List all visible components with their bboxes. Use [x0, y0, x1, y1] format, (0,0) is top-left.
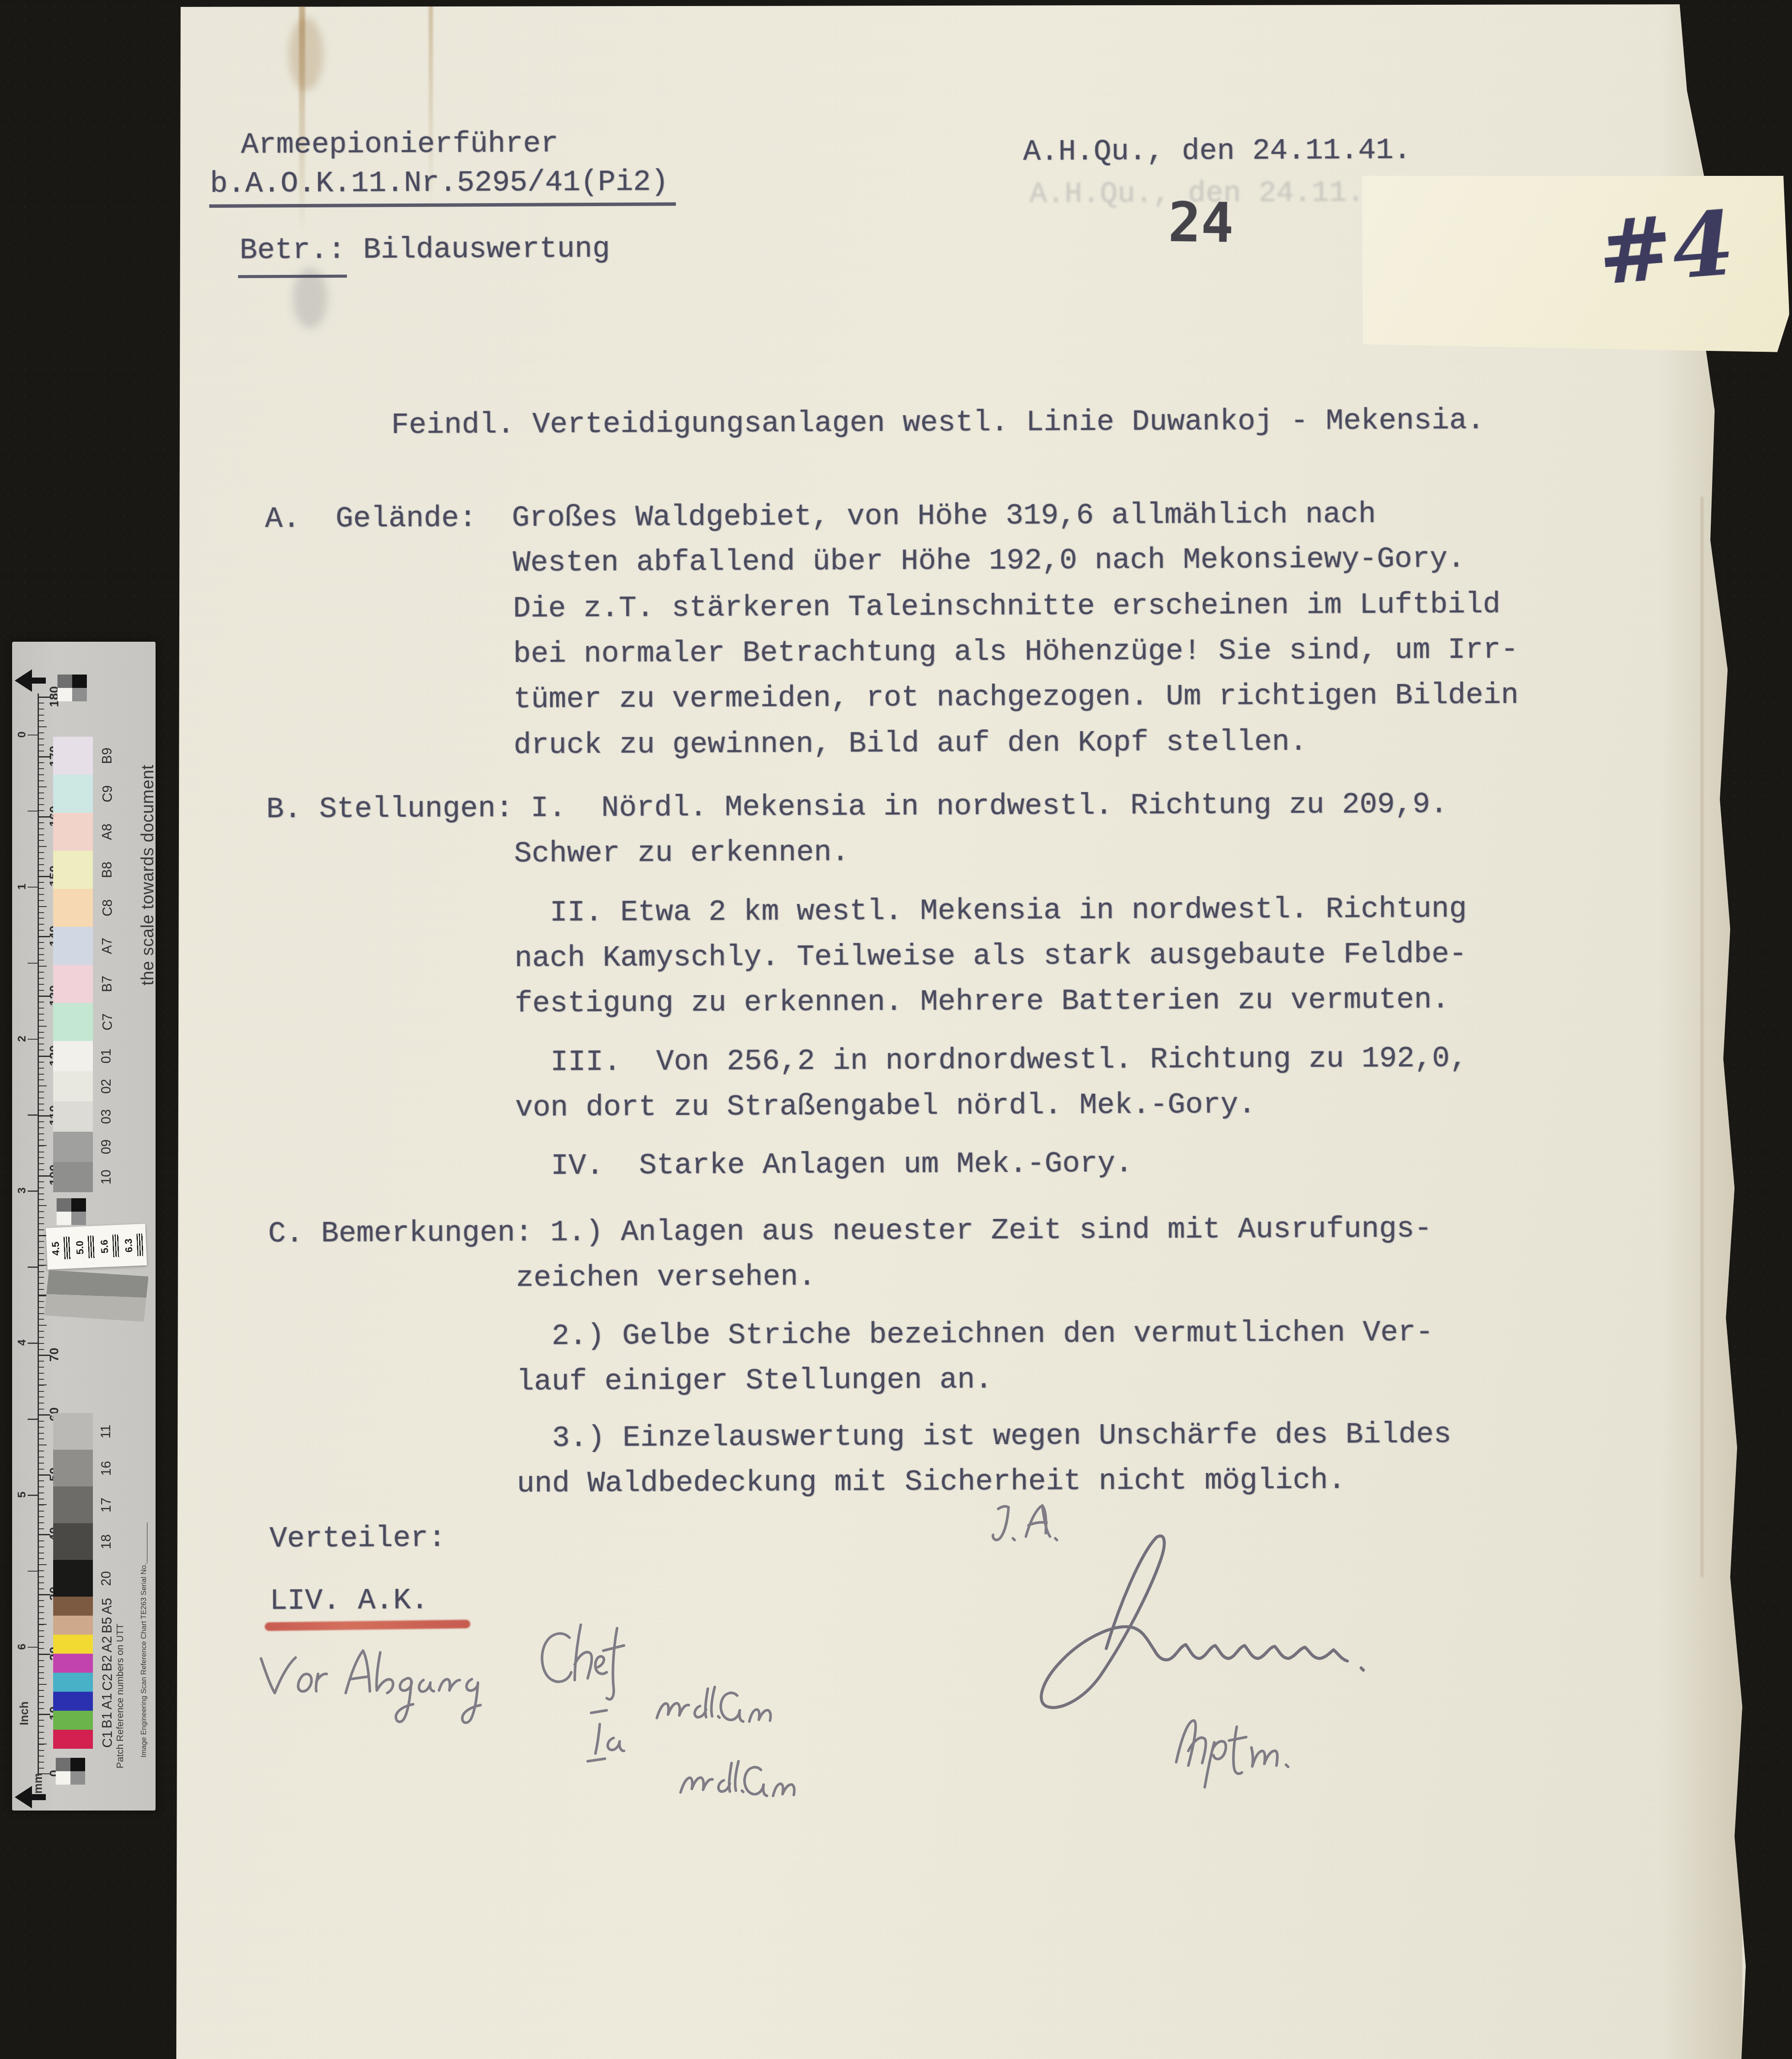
color-patch: B2	[53, 1654, 93, 1673]
strip-caption: the scale towards document	[138, 764, 158, 985]
note-slip: #4	[1360, 172, 1791, 352]
inch-unit-label: Inch	[18, 1701, 31, 1725]
checker-patch	[57, 675, 87, 701]
ruler-inch-label: 0	[15, 732, 29, 738]
patch-label: B8	[99, 862, 115, 878]
handwritten-note-mdl-gm-2	[681, 1761, 794, 1796]
resolution-target: 4.5 5.0 5.6 6.3	[46, 1224, 147, 1270]
ruler-mm-label: 70	[48, 1348, 62, 1362]
color-patch: B9	[53, 737, 93, 775]
gray-wedge	[44, 1270, 149, 1322]
gray-patch: 03	[53, 1101, 93, 1132]
patch-reference-caption: Patch Reference numbers on UTT	[115, 1623, 126, 1768]
patch-label: B1	[99, 1712, 115, 1728]
patch-label: 11	[98, 1424, 114, 1438]
color-patch: C1	[53, 1730, 93, 1749]
gray-patch: 09	[53, 1132, 93, 1162]
scanned-document-page: Armeepionierführer b.A.O.K.11.Nr.5295/41…	[0, 0, 1792, 2059]
gray-patch: 18	[53, 1523, 93, 1560]
color-patch: C9	[53, 775, 93, 813]
slip-annotation: #4	[1595, 199, 1737, 298]
patch-label: A1	[99, 1693, 115, 1709]
gray-patch: 02	[53, 1071, 93, 1101]
color-patch: A2	[53, 1635, 93, 1654]
ruler-inch-label: 4	[15, 1340, 29, 1346]
patch-label: 10	[99, 1170, 114, 1184]
resolution-value: 5.6	[98, 1239, 110, 1254]
calibration-strip: 180 170 160 150 140 130 120 110 100 90 8…	[12, 642, 156, 1811]
resolution-value: 5.0	[74, 1240, 86, 1254]
color-patch: B1	[53, 1711, 93, 1730]
patch-label: B7	[99, 976, 115, 992]
checker-patch	[56, 1758, 85, 1785]
ruler-inch-label: 6	[15, 1644, 29, 1650]
ruler-inch-label: 5	[15, 1492, 29, 1498]
resolution-grating	[137, 1233, 144, 1256]
handwritten-signature	[1041, 1536, 1363, 1708]
gray-patch: 16	[53, 1450, 93, 1486]
handwritten-note-vor-abgang-chef	[261, 1625, 624, 1723]
patch-label: A2	[99, 1636, 115, 1652]
patch-label: A5	[99, 1598, 115, 1614]
gray-patch: 10	[53, 1162, 93, 1192]
color-patch: B5	[53, 1616, 93, 1635]
resolution-grating	[112, 1235, 120, 1257]
ruler-inch-label: 2	[15, 1036, 29, 1042]
gray-patch: 20	[53, 1560, 93, 1597]
color-patch: C7	[53, 1003, 93, 1041]
handwritten-initials-ja	[993, 1505, 1057, 1540]
gray-patch: 17	[53, 1486, 93, 1523]
ruler-inch-label: 3	[15, 1187, 29, 1193]
resolution-grating	[88, 1235, 95, 1258]
patch-label: 17	[99, 1497, 114, 1512]
handwritten-note-mdl-gm	[657, 1687, 770, 1722]
color-patch: C2	[53, 1673, 93, 1692]
patch-label: C1	[100, 1731, 115, 1748]
patch-label: 01	[99, 1049, 114, 1063]
color-patch: A1	[53, 1692, 93, 1711]
handwritten-rank	[1176, 1721, 1288, 1787]
handwritten-note-ia	[588, 1710, 624, 1761]
patch-label: C7	[100, 1013, 115, 1031]
patch-label: A8	[99, 824, 115, 840]
color-patch: A8	[53, 813, 93, 851]
patch-label: 18	[99, 1534, 114, 1549]
patch-label: B9	[99, 748, 115, 764]
patch-label: 02	[99, 1079, 114, 1094]
color-patch: A5	[53, 1597, 93, 1616]
color-patch: C8	[53, 889, 93, 927]
ruler-ticks-inch	[28, 735, 38, 1648]
maker-caption: Image Engineering Scan Reference Chart T…	[140, 1522, 148, 1757]
resolution-grating	[64, 1237, 71, 1260]
gray-patch: 11	[53, 1413, 93, 1450]
patch-label: C9	[100, 785, 115, 802]
mm-unit-label: mm	[32, 1773, 45, 1794]
patch-label: C8	[100, 899, 115, 917]
resolution-value: 4.5	[50, 1241, 62, 1256]
patch-label: 03	[99, 1109, 114, 1124]
patch-label: A7	[99, 938, 115, 954]
color-patch: A7	[53, 927, 93, 965]
patch-label: C2	[100, 1674, 115, 1691]
patch-label: B5	[99, 1617, 115, 1633]
patch-label: 16	[99, 1461, 114, 1475]
resolution-value: 6.3	[123, 1238, 135, 1252]
patch-label: B2	[99, 1655, 115, 1671]
color-patch: B7	[53, 965, 93, 1003]
patch-label: 20	[99, 1571, 114, 1585]
patch-label: 09	[99, 1139, 114, 1154]
checker-patch	[57, 1198, 86, 1225]
ruler-inch-label: 1	[15, 884, 29, 890]
left-arrow-icon	[15, 669, 46, 692]
gray-patch: 01	[53, 1041, 93, 1071]
color-patch: B8	[53, 851, 93, 889]
